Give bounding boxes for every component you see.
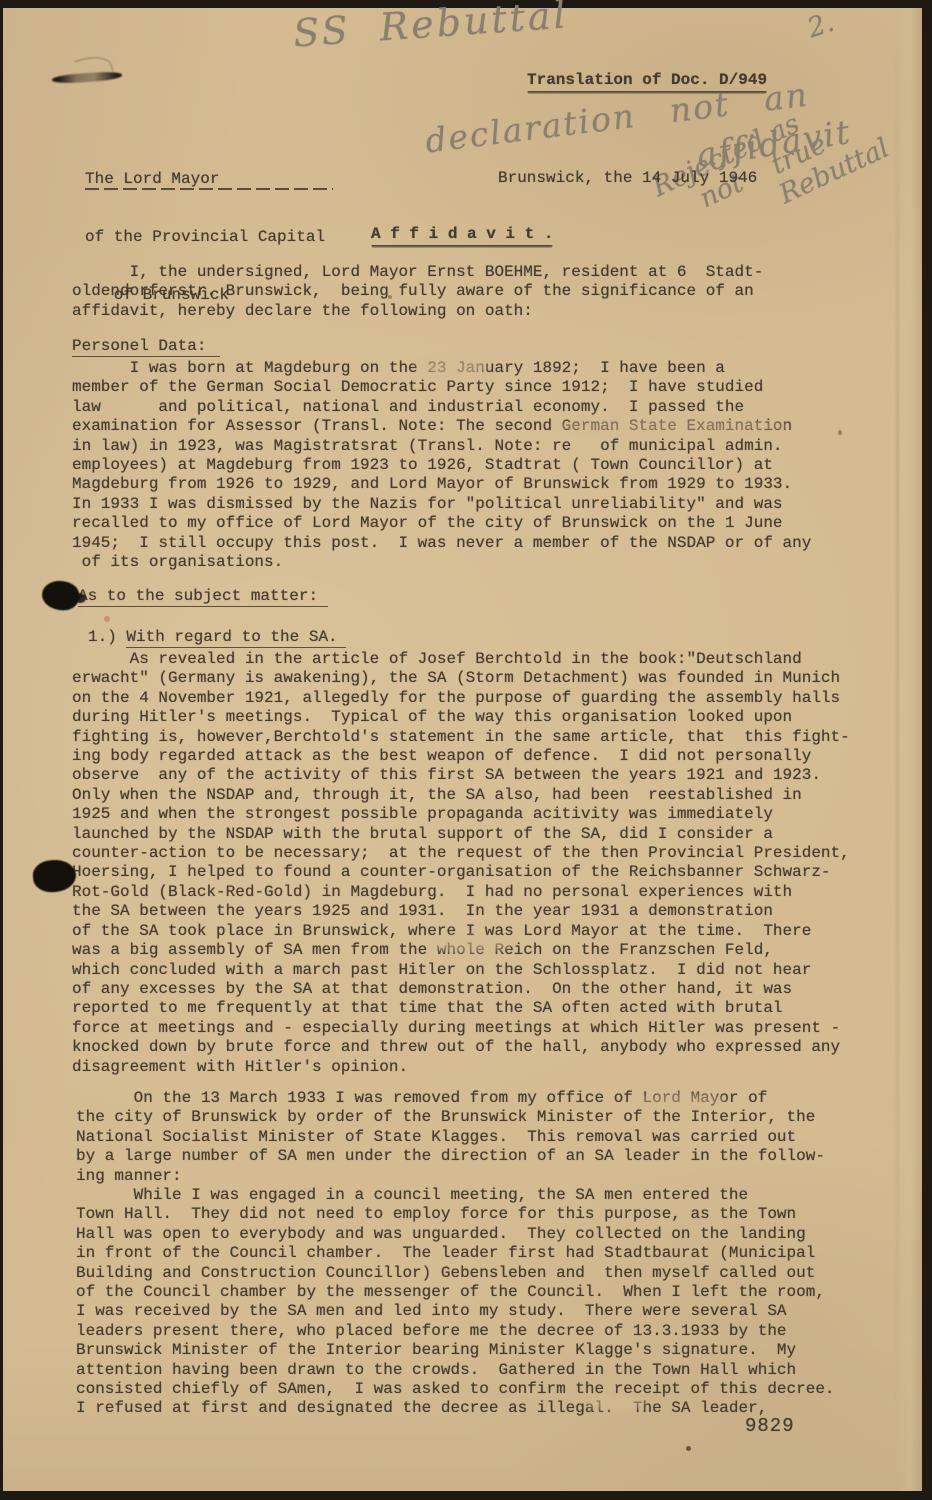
sa-paragraph: As revealed in the article of Josef Berc…: [72, 650, 850, 1077]
page-number: 9829: [745, 1417, 795, 1436]
personal-data-heading: Personel Data:: [72, 337, 220, 356]
faded-spot: [586, 1396, 646, 1411]
paper-speck: [838, 430, 842, 435]
personal-data-paragraph: I was born at Magdeburg on the 23 Januar…: [72, 359, 811, 572]
faded-spot: [636, 1092, 726, 1108]
sender-underline: [85, 188, 333, 190]
document-title: A f f i d a v i t .: [371, 225, 553, 244]
faded-spot: [416, 358, 488, 376]
paper-speck: [104, 616, 110, 622]
paper-speck: [388, 295, 392, 299]
faded-spot: [552, 418, 792, 434]
council-paragraph: While I was engaged in a council meeting…: [76, 1186, 835, 1419]
handwritten-corner-mark: 2.: [804, 7, 838, 44]
scanned-document-page: SS Rebuttal 2. declaration not an affida…: [0, 0, 932, 1500]
intro-paragraph: I, the undersigned, Lord Mayor Ernst BOE…: [72, 263, 763, 321]
doc-reference: Translation of Doc. D/949: [527, 71, 767, 90]
dateline: Brunswick, the 14 July 1946: [498, 169, 757, 188]
sender-line-2: of the Provincial Capital: [85, 228, 325, 247]
paper-speck: [686, 1446, 691, 1451]
hole-punch-icon: [32, 858, 78, 894]
sender-line-1: The Lord Mayor: [85, 170, 325, 189]
sa-section-heading: 1.) With regard to the SA.: [88, 628, 346, 647]
faded-spot: [428, 935, 512, 953]
handwritten-note-ss-rebuttal: SS Rebuttal: [292, 0, 570, 56]
subject-matter-heading: As to the subject matter:: [78, 587, 328, 606]
hole-punch-icon: [40, 578, 81, 612]
